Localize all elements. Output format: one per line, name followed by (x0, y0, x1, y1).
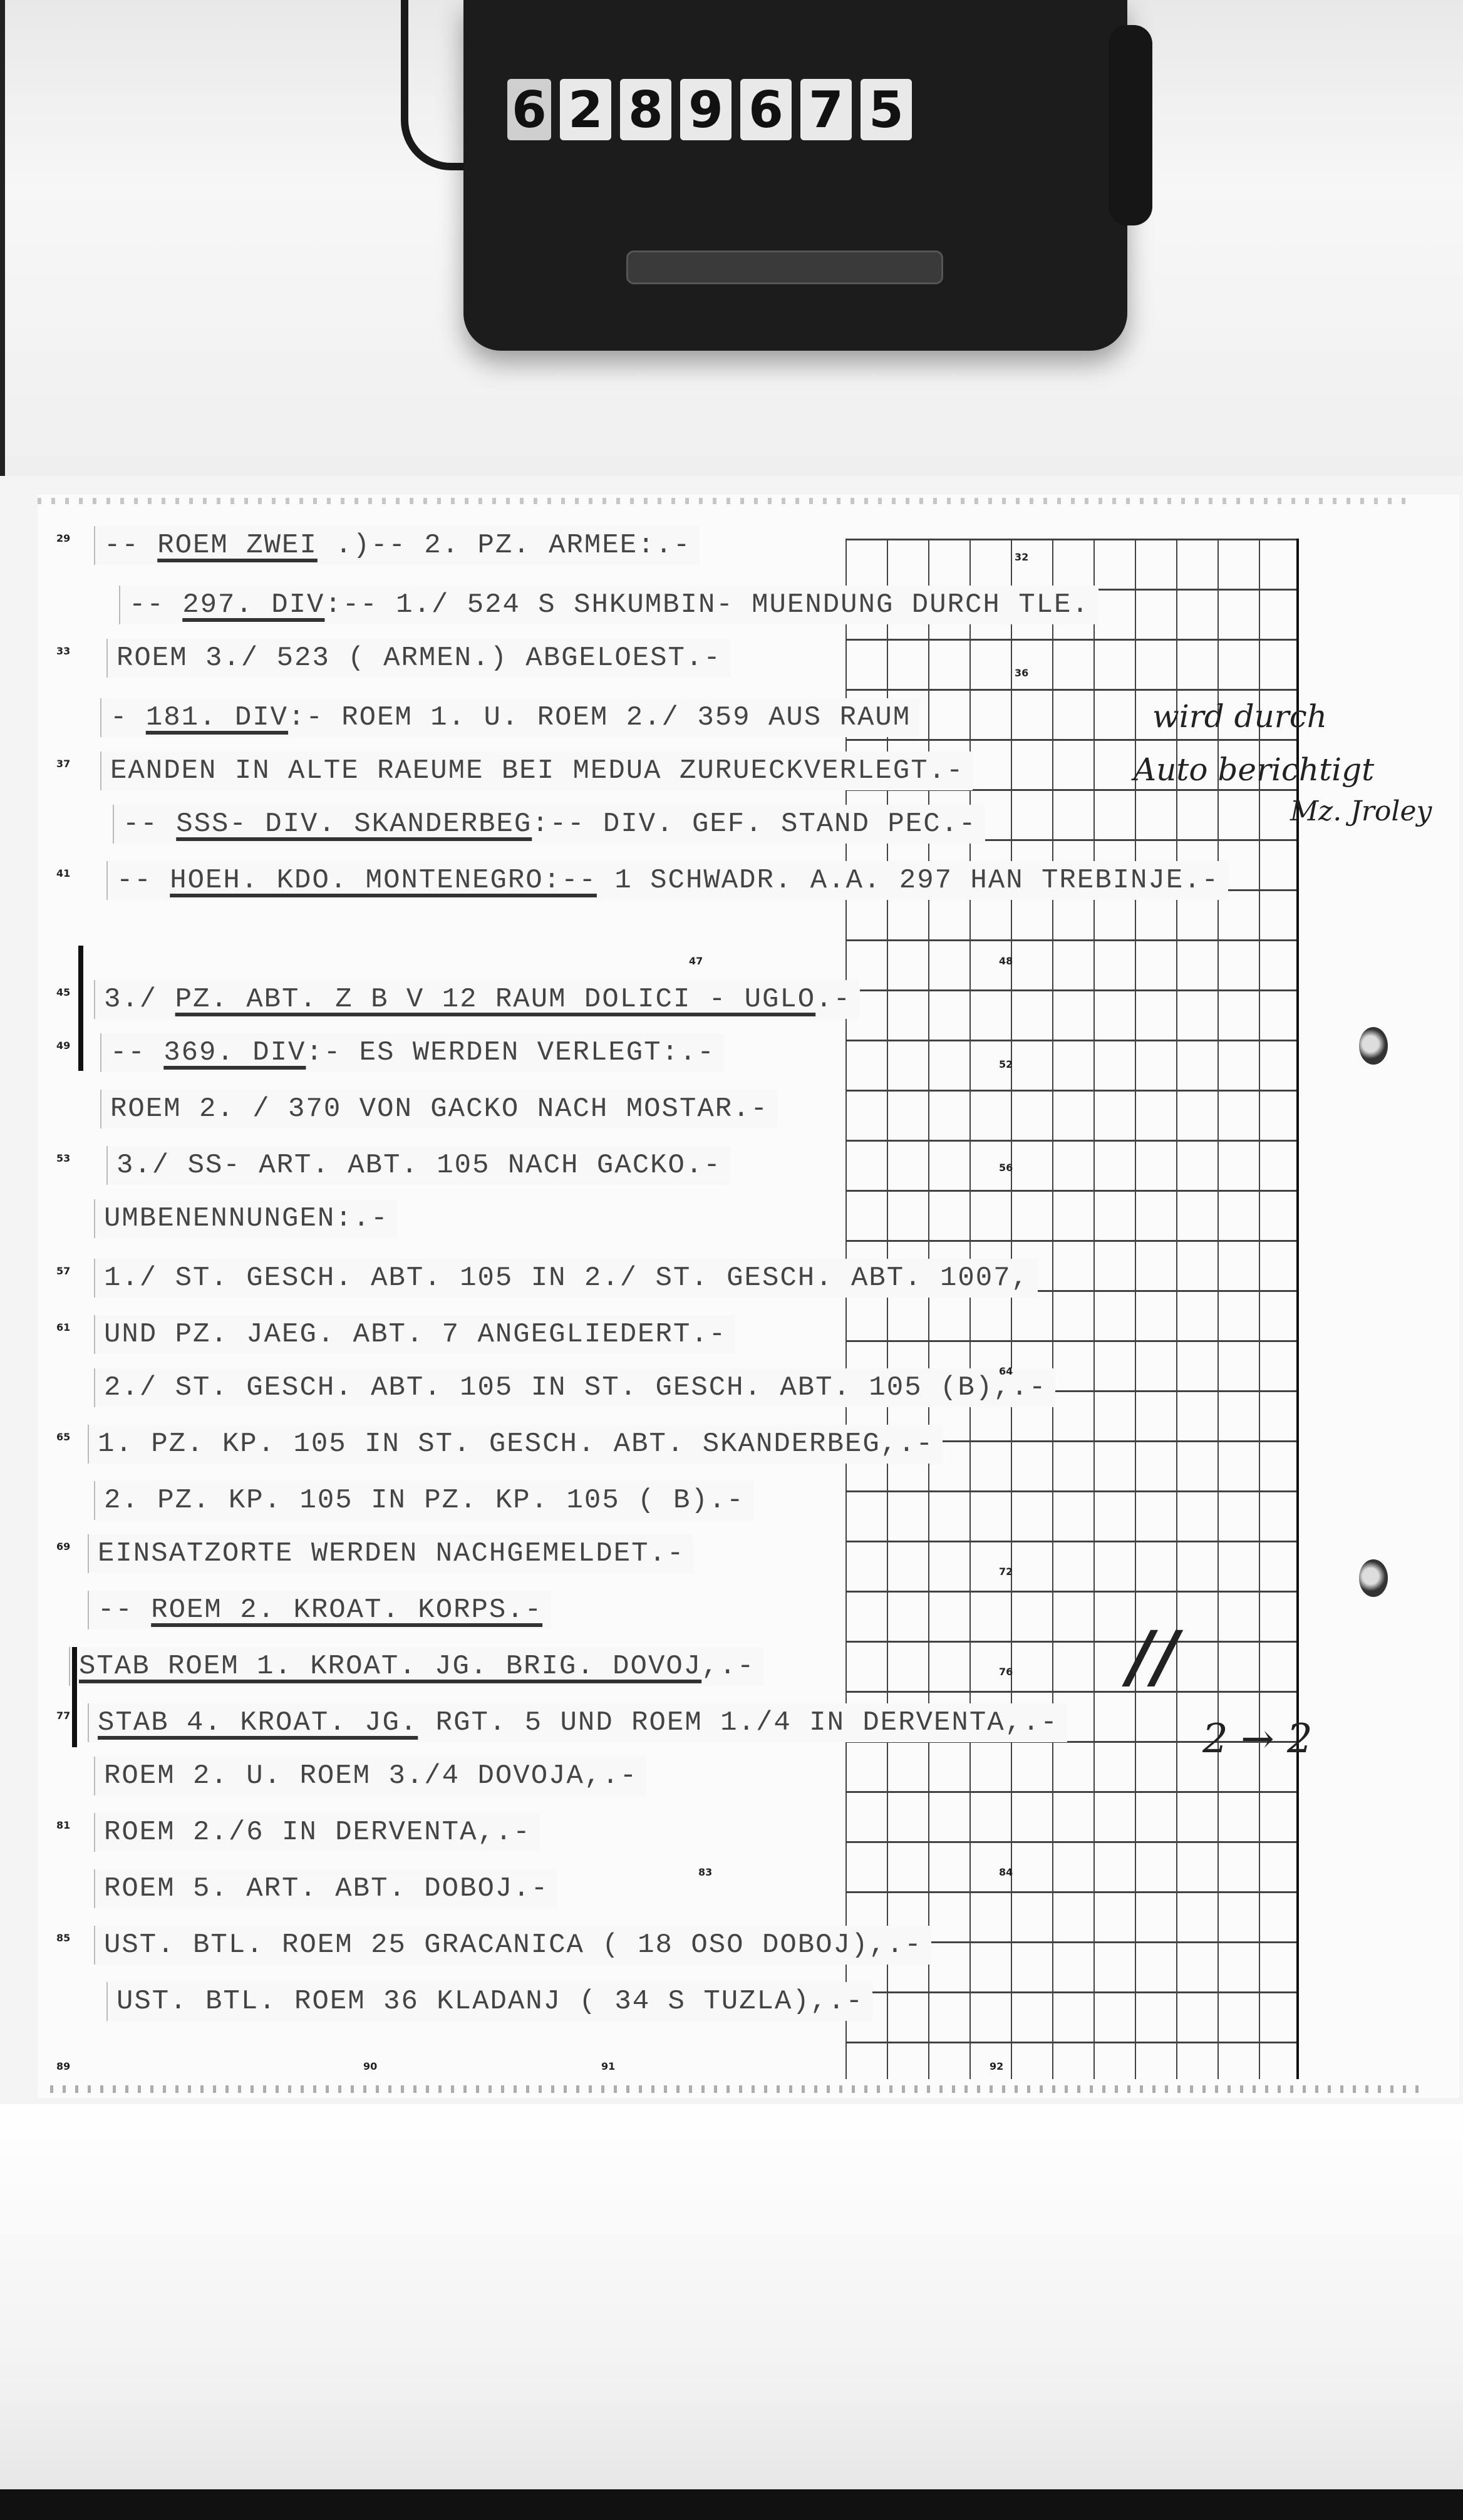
teletype-line: ROEM 5. ART. ABT. DOBOJ.- (94, 1869, 557, 1908)
grid-number: 72 (999, 1566, 1013, 1578)
line-number: 49 (56, 1040, 70, 1051)
frame-counter-device (463, 0, 1127, 351)
teletype-line: -- ROEM 2. KROAT. KORPS.- (88, 1591, 551, 1629)
counter-digit: 2 (560, 79, 611, 140)
line-number: 29 (56, 532, 70, 544)
grid-number: 56 (999, 1162, 1013, 1174)
top-perforation (38, 498, 1415, 504)
line-number: 85 (56, 1932, 70, 1944)
teletype-line: STAB 4. KROAT. JG. RGT. 5 UND ROEM 1./4 … (88, 1703, 1067, 1742)
handwritten-correction: 2 → 2 (1202, 1716, 1313, 1762)
teletype-line: -- 369. DIV:- ES WERDEN VERLEGT:.- (100, 1033, 724, 1072)
teletype-line: ROEM 2./6 IN DERVENTA,.- (94, 1813, 540, 1852)
row-number: 91 (601, 2060, 615, 2072)
grid-number: 64 (999, 1365, 1013, 1377)
teletype-line: 2./ ST. GESCH. ABT. 105 IN ST. GESCH. AB… (94, 1368, 1055, 1407)
grid-number: 52 (999, 1058, 1013, 1070)
handwritten-note-line1: wird durch (1152, 698, 1327, 735)
teletype-line: UND PZ. JAEG. ABT. 7 ANGEGLIEDERT.- (94, 1315, 735, 1354)
handwritten-mark: // (1127, 1616, 1177, 1696)
line-number: 45 (56, 986, 70, 998)
counter-digit: 7 (800, 79, 852, 140)
film-edge-bottom (0, 2489, 1463, 2520)
teletype-line: ROEM 3./ 523 ( ARMEN.) ABGELOEST.- (106, 639, 730, 678)
row-number: 90 (363, 2060, 377, 2072)
line-number: 77 (56, 1710, 70, 1722)
binder-hole (1359, 1027, 1388, 1065)
teletype-line: 2. PZ. KP. 105 IN PZ. KP. 105 ( B).- (94, 1481, 753, 1520)
line-number: 53 (56, 1152, 70, 1164)
grid-number: 36 (1015, 667, 1028, 679)
counter-reset-knob (1109, 25, 1152, 225)
counter-digit: 5 (861, 79, 912, 140)
grid-number: 32 (1015, 551, 1028, 563)
teletype-line: ROEM 2. / 370 VON GACKO NACH MOSTAR.- (100, 1090, 777, 1128)
grid-number: 83 (698, 1866, 712, 1878)
margin-marker (72, 1647, 77, 1747)
row-number: 89 (56, 2060, 70, 2072)
film-edge (0, 0, 5, 476)
binder-hole (1359, 1559, 1388, 1597)
row-number: 92 (990, 2060, 1003, 2072)
line-number: 69 (56, 1541, 70, 1552)
teletype-line: 3./ PZ. ABT. Z B V 12 RAUM DOLICI - UGLO… (94, 980, 860, 1019)
teletype-line: STAB ROEM 1. KROAT. JG. BRIG. DOVOJ,.- (69, 1647, 763, 1686)
counter-reading: 6 2 8 9 6 7 5 (507, 75, 983, 144)
teletype-line: EANDEN IN ALTE RAEUME BEI MEDUA ZURUECKV… (100, 751, 973, 790)
grid-number: 48 (999, 955, 1013, 967)
counter-digit: 6 (507, 79, 551, 140)
line-number: 37 (56, 758, 70, 770)
teletype-line: 1. PZ. KP. 105 IN ST. GESCH. ABT. SKANDE… (88, 1425, 943, 1464)
margin-marker (78, 946, 83, 1071)
counter-nameplate (626, 250, 943, 284)
teletype-line: ROEM 2. U. ROEM 3./4 DOVOJA,.- (94, 1757, 646, 1795)
line-number: 65 (56, 1431, 70, 1443)
teletype-line: UST. BTL. ROEM 36 KLADANJ ( 34 S TUZLA),… (106, 1982, 872, 2021)
line-number: 33 (56, 645, 70, 657)
teletype-line: 1./ ST. GESCH. ABT. 105 IN 2./ ST. GESCH… (94, 1259, 1038, 1298)
counter-digit: 6 (740, 79, 792, 140)
grid-number: 84 (999, 1866, 1013, 1878)
teletype-line: -- ROEM ZWEI .)-- 2. PZ. ARMEE:.- (94, 526, 700, 565)
photo-background-bottom (0, 2104, 1463, 2492)
bottom-perforation (50, 2085, 1428, 2093)
counter-digit: 9 (680, 79, 731, 140)
teletype-line: UMBENENNUNGEN:.- (94, 1199, 397, 1238)
handwritten-signature: Mz. Jroley (1290, 795, 1432, 827)
teletype-line: - 181. DIV:- ROEM 1. U. ROEM 2./ 359 AUS… (100, 698, 919, 737)
line-number: 61 (56, 1321, 70, 1333)
teletype-line: -- SSS- DIV. SKANDERBEG:-- DIV. GEF. STA… (113, 805, 985, 844)
teletype-line: 3./ SS- ART. ABT. 105 NACH GACKO.- (106, 1146, 730, 1185)
grid-number: 76 (999, 1666, 1013, 1678)
counter-digit: 8 (620, 79, 671, 140)
teletype-line: -- HOEH. KDO. MONTENEGRO:-- 1 SCHWADR. A… (106, 861, 1228, 900)
line-number: 57 (56, 1265, 70, 1277)
teletype-line: EINSATZORTE WERDEN NACHGEMELDET.- (88, 1534, 693, 1573)
teletype-line: UST. BTL. ROEM 25 GRACANICA ( 18 OSO DOB… (94, 1926, 931, 1965)
grid-number: 47 (689, 955, 703, 967)
line-number: 41 (56, 867, 70, 879)
line-number: 81 (56, 1819, 70, 1831)
handwritten-note-line2: Auto berichtigt (1134, 751, 1374, 788)
teletype-line: -- 297. DIV:-- 1./ 524 S SHKUMBIN- MUEND… (119, 586, 1099, 624)
